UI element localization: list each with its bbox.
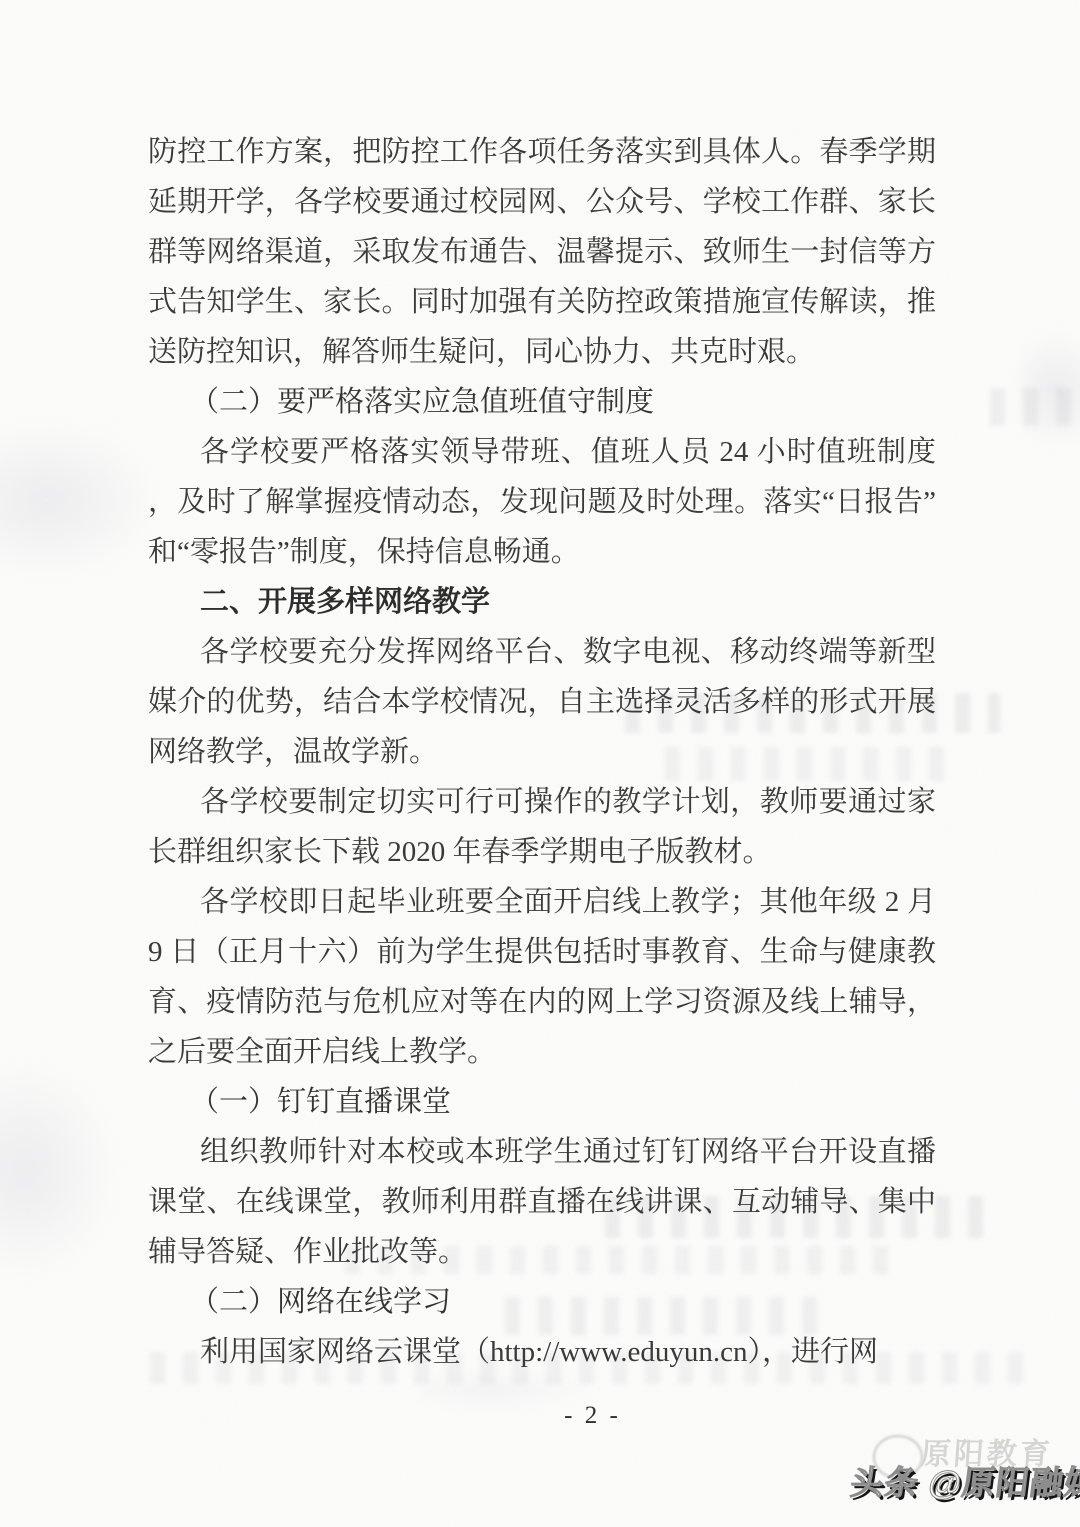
body-paragraph: 各学校即日起毕业班要全面开启线上教学；其他年级 2 月 9 日（正月十六）前为学…	[148, 877, 936, 1077]
document-body: 防控工作方案，把防控工作各项任务落实到具体人。春季学期延期开学，各学校要通过校园…	[148, 127, 936, 1377]
subheading-dingtalk-live-class: （一）钉钉直播课堂	[148, 1077, 936, 1127]
paragraph-continuation: 防控工作方案，把防控工作各项任务落实到具体人。春季学期延期开学，各学校要通过校园…	[148, 127, 936, 377]
watermark-cluster: 原阳教育 头条 @原阳融媒	[843, 1423, 1080, 1527]
body-paragraph: 利用国家网络云课堂（http://www.eduyun.cn），进行网	[148, 1327, 936, 1377]
toutiao-watermark: 头条 @原阳融媒	[848, 1457, 1080, 1504]
scanned-document-page: 防控工作方案，把防控工作各项任务落实到具体人。春季学期延期开学，各学校要通过校园…	[0, 0, 1080, 1527]
scan-smudge	[0, 420, 160, 580]
scan-smudge	[0, 1060, 120, 1280]
subheading-online-learning: （二）网络在线学习	[148, 1277, 936, 1327]
body-paragraph: 各学校要充分发挥网络平台、数字电视、移动终端等新型媒介的优势，结合本学校情况，自…	[148, 627, 936, 777]
scan-smudge	[1020, 330, 1080, 450]
bleedthrough-mark	[990, 388, 1075, 426]
body-paragraph: 各学校要制定切实可行可操作的教学计划，教师要通过家长群组织家长下载 2020 年…	[148, 777, 936, 877]
body-paragraph: 组织教师针对本校或本班学生通过钉钉网络平台开设直播课堂、在线课堂，教师利用群直播…	[148, 1127, 936, 1277]
subheading-emergency-duty: （二）要严格落实应急值班值守制度	[148, 377, 936, 427]
section-heading-online-teaching: 二、开展多样网络教学	[148, 577, 936, 627]
body-paragraph: 各学校要严格落实领导带班、值班人员 24 小时值班制度，及时了解掌握疫情动态，发…	[148, 427, 936, 577]
